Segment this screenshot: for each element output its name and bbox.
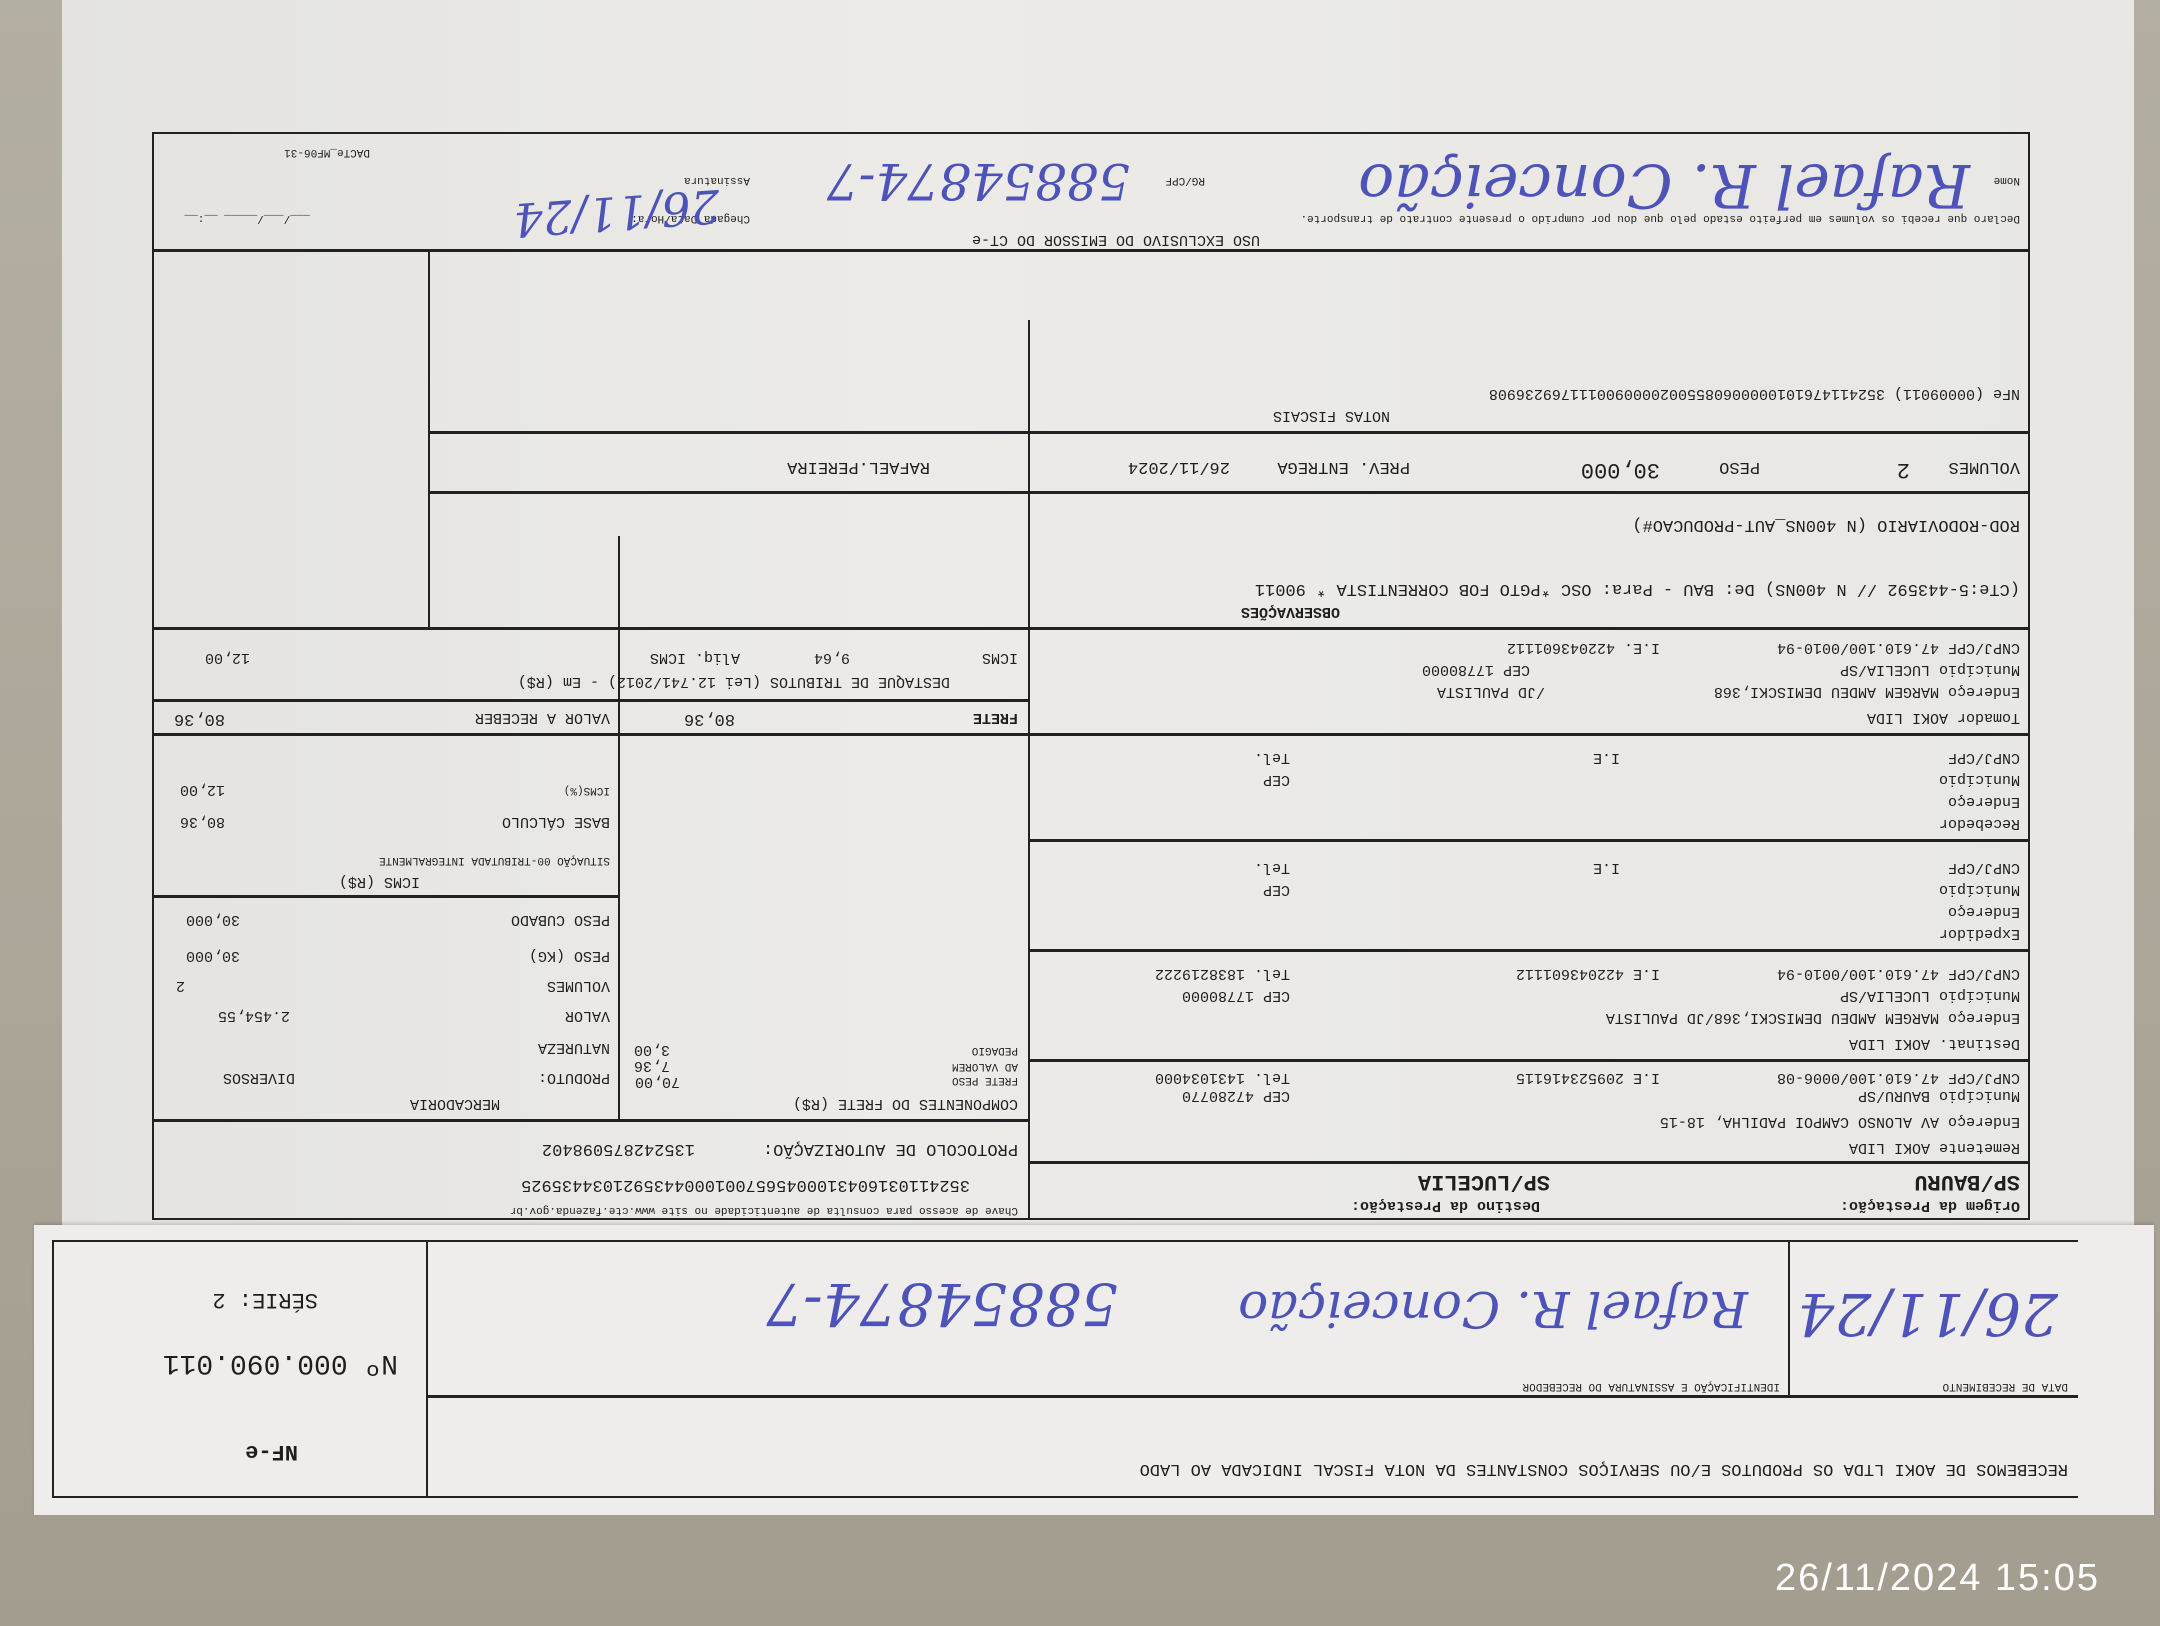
destinatario-tel: Tel. 1838219222 [1155,964,1290,982]
name-handwritten: Rafael R. Conceição [1358,150,1970,220]
expedidor-cnpj-label: CNPJ/CPF [1948,858,2020,876]
componente-ad-valorem: AD VALOREM [952,1059,1018,1072]
rg-handwritten: 58854874-7 [827,152,1130,210]
stub-data-label: DATA DE RECEBIMENTO [1943,1379,2068,1392]
icms-base-label: BASE CÁLCULO [502,812,610,830]
recebedor-ie-label: I.E [1593,748,1620,766]
divider [152,249,2030,252]
destinatario-ie: I.E 422043601112 [1516,964,1660,982]
carga-volumes-value: 2 [176,976,185,994]
remetente-cnpj: CNPJ/CPF 47.610.100/0006-08 [1777,1068,2020,1086]
observacoes-title: OBSERVAÇÕES [1241,602,1340,620]
divider [1030,949,2030,952]
chave-note: Chave de acesso para consulta de autenti… [510,1203,1018,1216]
carga-peso-kg-value: 30,000 [186,946,240,964]
tomador-bairro: /JD PAULISTA [1437,682,1545,700]
divider [1030,839,2030,842]
stub-signature-handwritten: Rafael R. Conceição [1238,1280,1748,1338]
divider [428,1395,2078,1398]
carga-peso-kg-label: PESO (KG) [529,946,610,964]
destinatario-endereco: Endereço MARGEM AMDEU DEMISCKI,368/JD PA… [1606,1008,2020,1026]
icms-situacao: SITUAÇÃO 00-TRIBUTADA INTEGRALMENTE [379,853,610,866]
divider [1030,1059,2030,1062]
protocolo-value: 135242875098402 [542,1138,695,1158]
carga-produto-value: DIVERSOS [223,1068,295,1086]
expedidor-municipio-label: Município [1939,880,2020,898]
carga-valor-label: VALOR [565,1006,610,1024]
componente-pedagio: PEDAGIO [972,1043,1018,1056]
tomador-endereco: Endereço MARGEM AMDEU DEMISCKI,368 [1714,682,2020,700]
remetente-endereco: Endereço AV ALONSO CAMPOI PADILHA, 18-15 [1660,1112,2020,1130]
protocolo-label: PROTOCOLO DE AUTORIZAÇÃO: [763,1138,1018,1158]
recebedor-endereco-label: Endereço [1948,792,2020,810]
carga-valor-value: 2.454,55 [218,1006,290,1024]
divider [152,699,1030,702]
remetente-label: Remetente AOKI LIDA [1849,1138,2020,1156]
divider [152,627,2030,630]
recebedor-cep-label: CEP [1263,770,1290,788]
name-label: Nome [1994,173,2020,186]
notas-fiscais-title: NOTAS FISCAIS [1273,406,1390,424]
destinatario-cep: CEP 17780000 [1182,986,1290,1004]
stub-serie: SÉRIE: 2 [212,1286,318,1312]
origem-value: SP/BAURU [1914,1168,2020,1194]
divider [1030,1161,2030,1164]
divider [618,706,620,736]
icms-rs-label: ICMS (R$) [339,872,420,890]
observacoes-line1: (CTe:5-443592 // N 400NS) De: BAU - Para… [1255,578,2020,598]
divider [152,895,620,898]
summary-peso-label: PESO [1719,456,1760,476]
divider [1788,1240,1790,1398]
destino-label: Destino da Prestação: [1351,1196,1540,1214]
carga-produto-label: PRODUTO: [538,1068,610,1086]
stub-data-handwritten: 26/11/24 [1798,1280,2059,1348]
carga-natureza-label: NATUREZA [538,1038,610,1056]
form-code: DACTe_MF06-31 [284,145,370,158]
carga-peso-cubado-label: PESO CUBADO [511,910,610,928]
remetente-cep: CEP 47280770 [1182,1086,1290,1104]
summary-prev-entrega-value: 26/11/2024 [1128,456,1230,476]
summary-volumes-value: 2 [1897,456,1910,482]
dacte-document: Origem da Prestação: SP/BAURU Destino da… [152,132,2030,1220]
divider [618,536,620,1122]
chave-acesso: 3524110316043100045657001000443592103443… [521,1174,970,1194]
divider [152,1119,1030,1122]
stub-ident-label: IDENTIFICAÇÃO E ASSINATURA DO RECEBEDOR [1523,1379,1780,1392]
tomador-cnpj: CNPJ/CPF 47.610.100/0010-94 [1777,638,2020,656]
divider [1028,320,1030,1220]
origem-label: Origem da Prestação: [1840,1196,2020,1214]
stub-statement: RECEBEMOS DE AOKI LTDA OS PRODUTOS E/OU … [1140,1458,2068,1478]
remetente-municipio: Município BAURU/SP [1858,1086,2020,1104]
tributos-title: DESTAQUE DE TRIBUTOS (Lei 12.741/2012) -… [518,672,950,690]
componente-frete-peso: FRETE PESO [952,1073,1018,1086]
canhoto-stub: RECEBEMOS DE AOKI LTDA OS PRODUTOS E/OU … [52,1240,2078,1498]
recebedor-label: Recebedor [1939,814,2020,832]
remetente-ie: I.E 209523416115 [1516,1068,1660,1086]
tomador-cep: CEP 17780000 [1422,660,1530,678]
frete-label: FRETE [973,708,1018,726]
icms-pct-label: ICMS(%) [564,783,610,796]
valor-receber-label: VALOR A RECEBER [475,708,610,726]
divider [152,733,2030,736]
carga-peso-cubado-value: 30,000 [186,910,240,928]
divider [426,1240,428,1498]
divider [430,431,2030,434]
componente-ad-valorem-value: 7,36 [634,1056,670,1074]
nfe-line: NFe (00009011) 3524114761010000060855002… [1489,384,2020,402]
expedidor-cep-label: CEP [1263,880,1290,898]
summary-responsavel: RAFAEL.PEREIRA [787,456,930,476]
dacte-border [152,132,2030,1220]
rg-label: RG/CPF [1165,173,1205,186]
icms-base-value: 80,36 [180,812,225,830]
stub-nfe-label: NF-e [245,1438,298,1464]
icms-pct-value: 12,00 [180,780,225,798]
recebedor-cnpj-label: CNPJ/CPF [1948,748,2020,766]
destinatario-label: Destinat. AOKI LIDA [1849,1034,2020,1052]
destino-value: SP/LUCELIA [1418,1168,1550,1194]
summary-prev-entrega-label: PREV. ENTREGA [1277,456,1410,476]
expedidor-tel-label: Tel. [1254,858,1290,876]
photo-timestamp: 26/11/2024 15:05 [1775,1557,2100,1600]
recebedor-tel-label: Tel. [1254,748,1290,766]
recebedor-municipio-label: Município [1939,770,2020,788]
tomador-municipio: Município LUCELIA/SP [1840,660,2020,678]
expedidor-endereco-label: Endereço [1948,902,2020,920]
divider [428,250,430,630]
tributos-icms-value: 9,64 [814,648,850,666]
tributos-aliq-label: Aliq. ICMS [650,648,740,666]
tomador-ie: I.E. 422043601112 [1507,638,1660,656]
expedidor-label: Expedidor [1939,924,2020,942]
summary-volumes-label: VOLUMES [1949,456,2020,476]
carga-volumes-label: VOLUMES [547,976,610,994]
remetente-tel: Tel. 1431034000 [1155,1068,1290,1086]
destinatario-municipio: Município LUCELIA/SP [1840,986,2020,1004]
valor-receber-value: 80,36 [174,708,225,728]
stub-numero: Nº 000.090.011 [163,1346,398,1378]
carga-mercadoria: MERCADORIA [410,1094,500,1112]
componentes-title: COMPONENTES DO FRETE (R$) [793,1094,1018,1112]
tributos-aliq-value: 12,00 [205,648,250,666]
destinatario-cnpj: CNPJ/CPF 47.610.100/0010-94 [1777,964,2020,982]
exclusive-use: USO EXCLUSIVO DO EMISSOR DO CT-e [972,230,1260,248]
observacoes-line2: ROD-RODOVIARIO (N 400NS_AUT-PRODUCAO#) [1632,514,2020,534]
stub-rg-handwritten: 58854874-7 [766,1270,1118,1338]
tributos-icms-label: ICMS [982,648,1018,666]
expedidor-ie-label: I.E [1593,858,1620,876]
divider [430,491,2030,494]
summary-peso-value: 30,000 [1581,456,1660,482]
frete-value: 80,36 [684,708,735,728]
componente-pedagio-value: 3,00 [634,1040,670,1058]
arrival-blank: ___/___/_____ __:__ [185,211,310,224]
tomador-label: Tomador AOKI LIDA [1867,708,2020,726]
componente-frete-peso-value: 70,00 [635,1072,680,1090]
